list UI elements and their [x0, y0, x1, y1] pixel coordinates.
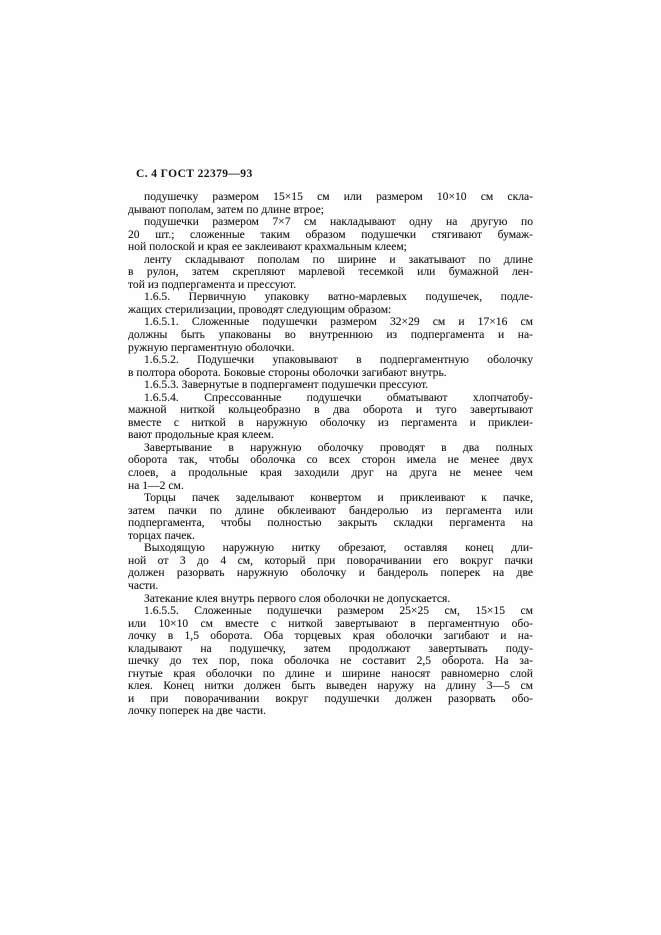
paragraph: Завертывание в наружную оболочку проводя…	[128, 442, 533, 492]
text-line: 1.6.5.3. Завернутые в подпергамент подуш…	[128, 379, 533, 392]
paragraph: 1.6.5. Первичную упаковку ватно-марлевых…	[128, 291, 533, 316]
paragraph: подушечку размером 15×15 см или размером…	[128, 191, 533, 216]
text-line: мажной ниткой кольцеобразно в два оборот…	[128, 404, 533, 417]
paragraph: Торцы пачек заделывают конвертом и прикл…	[128, 492, 533, 542]
text-line: 1.6.5.5. Сложенные подушечки размером 25…	[128, 605, 533, 618]
text-line: подушечки размером 7×7 см накладывают од…	[128, 216, 533, 229]
text-line: Торцы пачек заделывают конвертом и прикл…	[128, 492, 533, 505]
text-line: части.	[128, 580, 533, 593]
text-line: лочку поперек на две части.	[128, 705, 533, 718]
paragraph: 1.6.5.4. Спрессованные подушечки обматыв…	[128, 392, 533, 442]
paragraph: 1.6.5.3. Завернутые в подпергамент подуш…	[128, 379, 533, 392]
text-line: клея. Конец нитки должен быть выведен на…	[128, 680, 533, 693]
text-line: ной полоской и края ее заклеивают крахма…	[128, 241, 533, 254]
document-body: подушечку размером 15×15 см или размером…	[128, 191, 533, 718]
text-line: в рулон, затем скрепляют марлевой тесемк…	[128, 266, 533, 279]
text-line: должны быть упакованы во внутреннюю из п…	[128, 329, 533, 342]
text-line: слоев, а продольные края заходили друг н…	[128, 467, 533, 480]
paragraph: 1.6.5.1. Сложенные подушечки размером 32…	[128, 316, 533, 354]
text-line: шечку до тех пор, пока оболочка не соста…	[128, 655, 533, 668]
paragraph: 1.6.5.2. Подушечки упаковывают в подперг…	[128, 354, 533, 379]
text-line: Выходящую наружную нитку обрезают, остав…	[128, 542, 533, 555]
document-page: С. 4 ГОСТ 22379—93 подушечку размером 15…	[0, 0, 661, 935]
paragraph: Выходящую наружную нитку обрезают, остав…	[128, 542, 533, 592]
text-line: подпергамента, чтобы полностью закрыть с…	[128, 517, 533, 530]
paragraph: подушечки размером 7×7 см накладывают од…	[128, 216, 533, 254]
paragraph: ленту складывают пополам по ширине и зак…	[128, 254, 533, 292]
page-header: С. 4 ГОСТ 22379—93	[136, 168, 253, 180]
text-line: лочку в 1,5 оборота. Оба торцевых края о…	[128, 630, 533, 643]
paragraph: 1.6.5.5. Сложенные подушечки размером 25…	[128, 605, 533, 718]
text-line: должен разорвать наружную оболочку и бан…	[128, 567, 533, 580]
text-line: подушечку размером 15×15 см или размером…	[128, 191, 533, 204]
text-line: 1.6.5.2. Подушечки упаковывают в подперг…	[128, 354, 533, 367]
